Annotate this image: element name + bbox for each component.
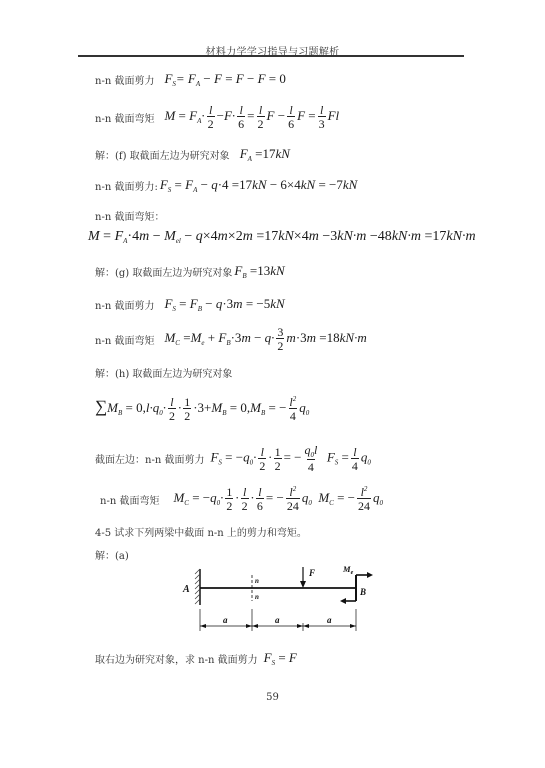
page-number: 59 — [0, 692, 545, 703]
bending-moment-label-f: n-n 截面弯矩： — [95, 208, 164, 223]
formula: FB =13kN — [234, 263, 284, 280]
formula: FS= FA − F = F − F = 0 — [164, 71, 285, 88]
moment-label-me: Me — [342, 565, 354, 576]
section-label-n-bottom: n — [255, 593, 259, 601]
formula: ∑MB = 0,l·q0·l2·12·3+MB = 0,MB = −l24q0 — [95, 396, 309, 422]
moment-equilibrium-h: ∑MB = 0,l·q0·l2·12·3+MB = 0,MB = −l24q0 — [95, 396, 309, 422]
shear-force-line-g: n-n 截面剪力 FS = FB − q·3m = −5kN — [95, 296, 285, 313]
formula: FS = FA − q·4 =17kN − 6×4kN = −7kN — [160, 177, 358, 194]
dimension-label-1: a — [223, 615, 228, 625]
shear-force-line-4-5a: 取右边为研究对象，求 n-n 截面剪力 FS = F — [95, 650, 297, 667]
solution-f-heading: 解：(f) 取截面左边为研究对象 FA =17kN — [95, 146, 290, 163]
formula: M = FA·l2−F·l6=l2F −l6F =l3Fl — [164, 104, 339, 130]
bending-moment-line-g: n-n 截面弯矩 MC =Me + FB·3m − q·32m·3m =18kN… — [95, 326, 367, 352]
formula: FS = F — [264, 650, 297, 667]
line-label: n-n 截面剪力 — [95, 72, 154, 87]
dimension-label-2: a — [275, 615, 280, 625]
shear-force-line-e: n-n 截面剪力 FS= FA − F = F − F = 0 — [95, 71, 286, 88]
line-label: 解：(g) 取截面左边为研究对象 — [95, 264, 232, 279]
line-label: n-n 截面弯矩 — [95, 332, 154, 347]
solution-a-heading: 解：(a) — [95, 547, 129, 562]
support-label-a: A — [182, 584, 190, 595]
line-label: 解：(f) 取截面左边为研究对象 — [95, 147, 230, 162]
support-label-b: B — [359, 587, 366, 597]
line-label: 4-5 试求下列两梁中截面 n-n 上的剪力和弯矩。 — [95, 524, 307, 539]
header-rule — [78, 55, 464, 57]
line-label: n-n 截面弯矩 — [100, 492, 159, 507]
bending-moment-line-h: n-n 截面弯矩 MC = −q0·12·l2·l6= −l224q0 MC =… — [100, 486, 383, 512]
cantilever-beam-figure: A n n F Me B — [175, 565, 375, 635]
problem-4-5-statement: 4-5 试求下列两梁中截面 n-n 上的剪力和弯矩。 — [95, 524, 307, 539]
bending-moment-formula-f: M = FA·4m − Mel − q×4m×2m =17kN×4m −3kN·… — [88, 229, 476, 245]
line-label: 截面左边：n-n 截面剪力 — [95, 451, 204, 466]
beam-diagram: A n n F Me B — [175, 565, 375, 635]
formula: MC = −q0·12·l2·l6= −l224q0 MC = −l224q0 — [173, 486, 383, 512]
line-label: 解：(a) — [95, 547, 129, 562]
section-label-n-top: n — [255, 577, 259, 585]
line-label: n-n 截面剪力 — [95, 297, 154, 312]
line-label: 取右边为研究对象，求 n-n 截面剪力 — [95, 651, 258, 666]
formula: FS = −q0·l2·12= −q0l4 FS =l4q0 — [210, 444, 370, 473]
dimension-label-3: a — [327, 615, 332, 625]
bending-moment-line-e: n-n 截面弯矩 M = FA·l2−F·l6=l2F −l6F =l3Fl — [95, 104, 339, 130]
solution-g-heading: 解：(g) 取截面左边为研究对象 FB =13kN — [95, 263, 285, 280]
solution-h-heading: 解：(h) 取截面左边为研究对象 — [95, 365, 232, 380]
formula: M = FA·4m − Mel − q×4m×2m =17kN×4m −3kN·… — [88, 229, 476, 245]
force-label-f: F — [308, 568, 315, 578]
formula: FS = FB − q·3m = −5kN — [164, 296, 284, 313]
line-label: n-n 截面剪力: — [95, 178, 158, 193]
formula: FA =17kN — [240, 146, 290, 163]
shear-force-line-f: n-n 截面剪力: FS = FA − q·4 =17kN − 6×4kN = … — [95, 177, 357, 194]
formula: MC =Me + FB·3m − q·32m·3m =18kN·m — [164, 326, 366, 352]
document-page: 材料力学学习指导与习题解析 n-n 截面剪力 FS= FA − F = F − … — [0, 0, 545, 768]
shear-force-line-h: 截面左边：n-n 截面剪力 FS = −q0·l2·12= −q0l4 FS =… — [95, 444, 371, 473]
line-label: 解：(h) 取截面左边为研究对象 — [95, 365, 232, 380]
line-label: n-n 截面弯矩： — [95, 208, 164, 223]
line-label: n-n 截面弯矩 — [95, 110, 154, 125]
